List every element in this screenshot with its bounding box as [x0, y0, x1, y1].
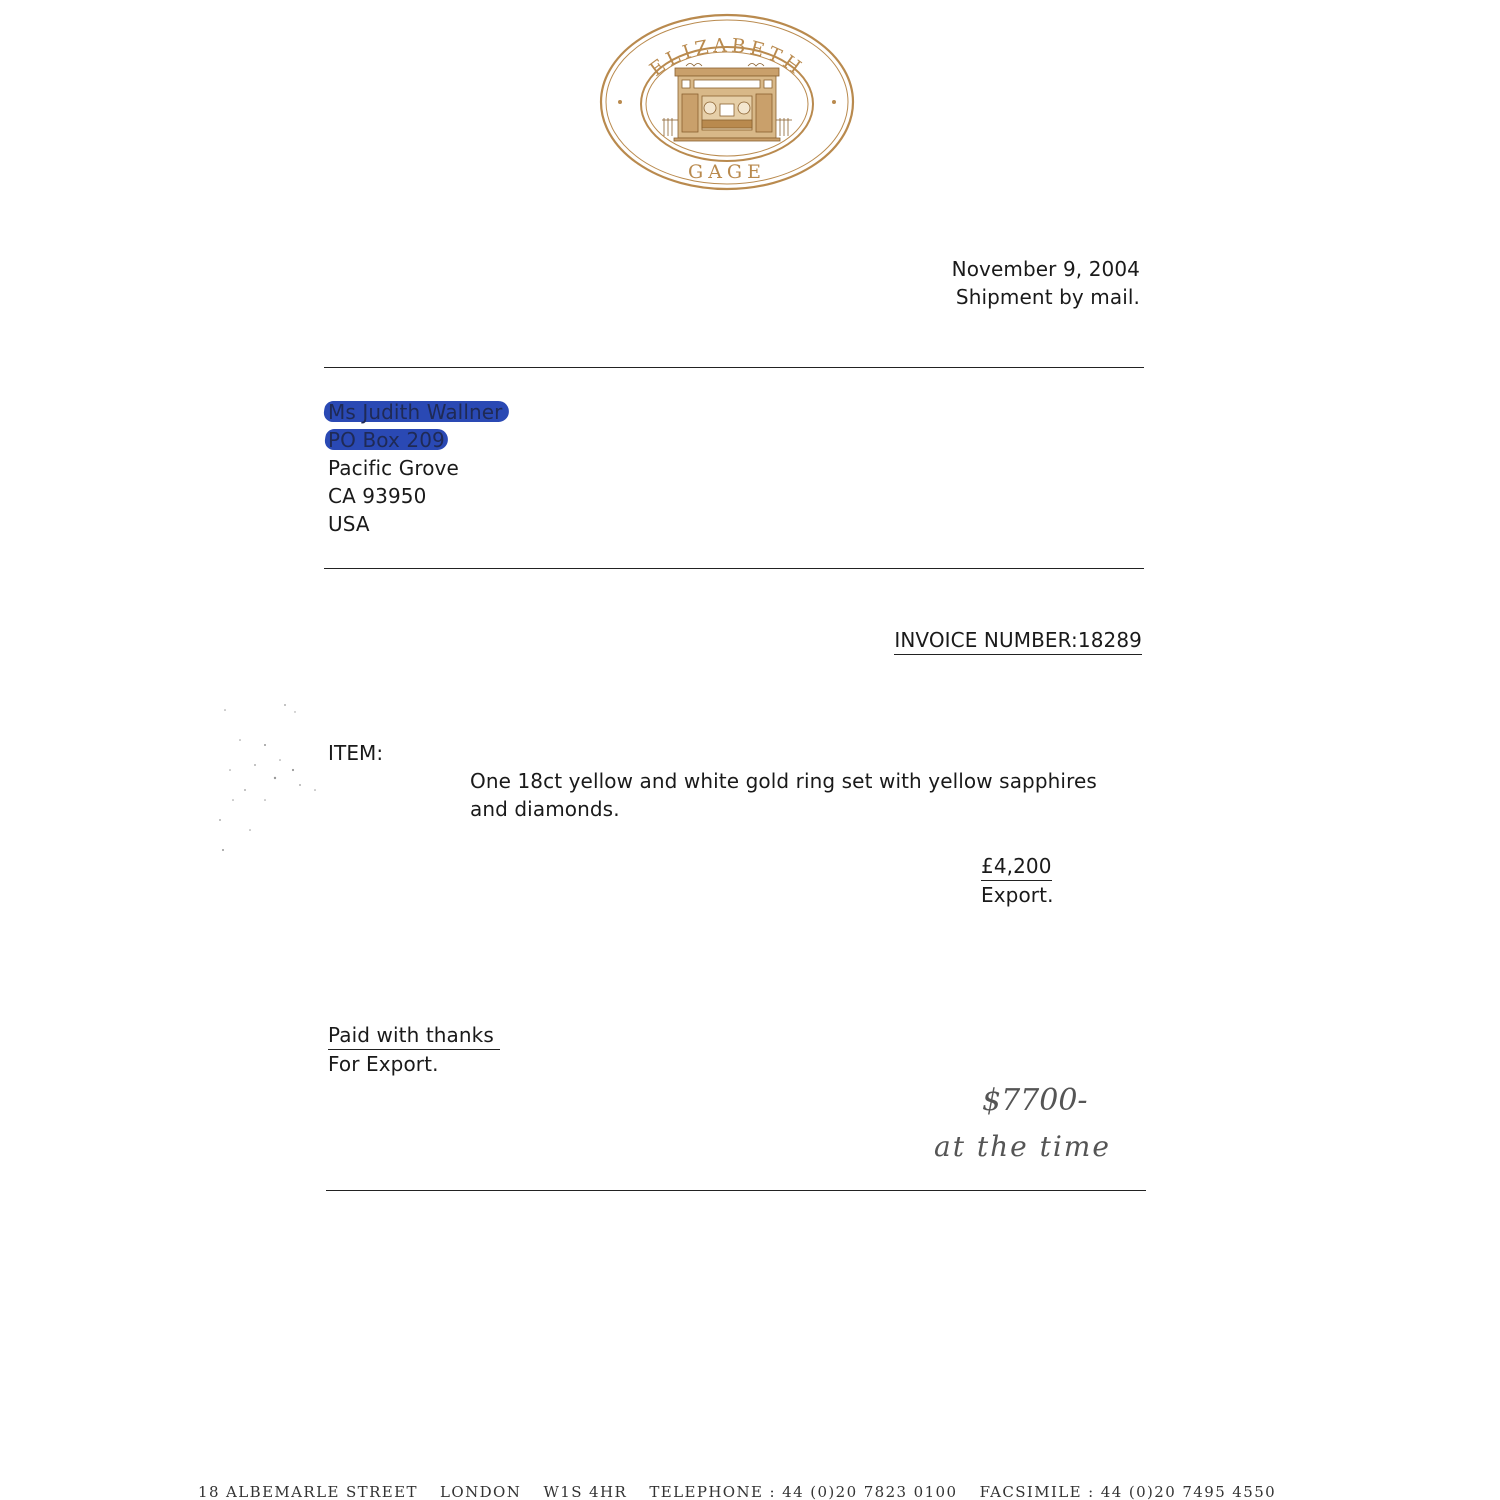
svg-text:GAGE: GAGE	[688, 161, 766, 183]
footer-facsimile: FACSIMILE : 44 (0)20 7495 4550	[980, 1483, 1276, 1500]
scan-speckle	[205, 700, 325, 860]
invoice-number: INVOICE NUMBER:18289	[894, 626, 1142, 655]
handwritten-note: $7700- at the time	[932, 1084, 1162, 1174]
handwritten-caption: at the time	[934, 1130, 1111, 1164]
building-facade-emblem-icon: ELIZABETH GAGE	[598, 12, 856, 192]
invoice-date: November 9, 2004	[952, 255, 1140, 283]
date-block: November 9, 2004 Shipment by mail.	[952, 255, 1140, 311]
handwritten-amount: $7700-	[982, 1084, 1088, 1118]
price-amount: £4,200	[981, 852, 1052, 881]
recipient-address: Ms Judith Wallner PO Box 209 Pacific Gro…	[328, 398, 503, 538]
divider	[324, 568, 1144, 569]
letterhead-footer: 18 ALBEMARLE STREET LONDON W1S 4HR TELEP…	[198, 1483, 1292, 1500]
recipient-state-zip: CA 93950	[328, 482, 503, 510]
item-description: One 18ct yellow and white gold ring set …	[470, 767, 1130, 823]
divider	[326, 1190, 1146, 1191]
footer-city: LONDON	[440, 1483, 521, 1500]
price-block: £4,200 Export.	[981, 852, 1054, 909]
footer-postcode: W1S 4HR	[543, 1483, 627, 1500]
invoice-number-label: INVOICE NUMBER:	[894, 628, 1078, 652]
recipient-name-redacted: Ms Judith Wallner	[328, 398, 503, 426]
footer-telephone: TELEPHONE : 44 (0)20 7823 0100	[649, 1483, 957, 1500]
elizabeth-gage-logo: ELIZABETH GAGE	[598, 12, 856, 192]
payment-block: Paid with thanks For Export.	[328, 1021, 500, 1078]
footer-street: 18 ALBEMARLE STREET	[198, 1483, 418, 1500]
recipient-pobox-redacted: PO Box 209	[328, 426, 445, 454]
recipient-country: USA	[328, 510, 503, 538]
recipient-city: Pacific Grove	[328, 454, 503, 482]
payment-status: Paid with thanks	[328, 1021, 500, 1050]
payment-note: For Export.	[328, 1050, 500, 1078]
shipment-method: Shipment by mail.	[952, 283, 1140, 311]
price-note: Export.	[981, 881, 1054, 909]
item-label: ITEM:	[328, 739, 383, 767]
invoice-number-value: 18289	[1078, 628, 1142, 652]
divider	[324, 367, 1144, 368]
